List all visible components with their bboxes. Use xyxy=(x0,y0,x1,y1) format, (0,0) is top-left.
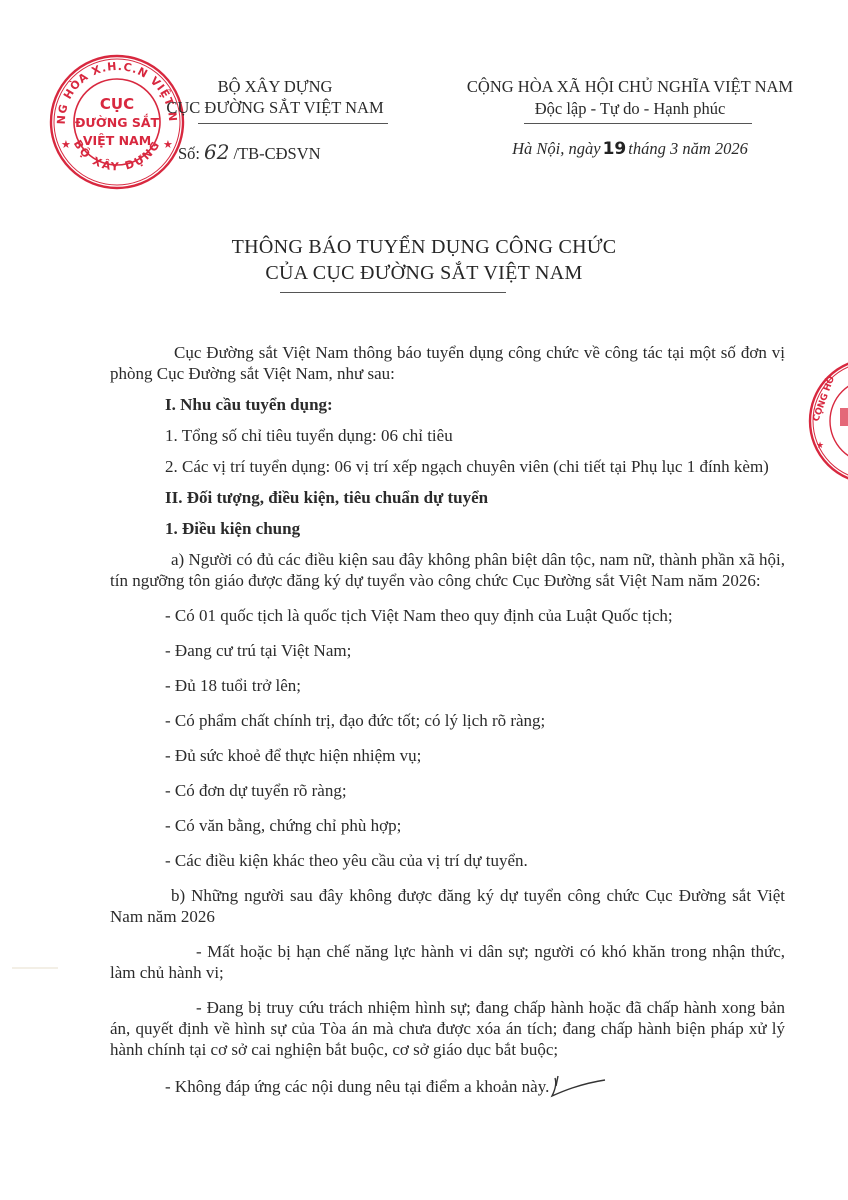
title-line-1: THÔNG BÁO TUYỂN DỤNG CÔNG CHỨC xyxy=(150,234,698,260)
section-1-item: 1. Tổng số chỉ tiêu tuyển dụng: 06 chỉ t… xyxy=(165,425,785,446)
title-underline xyxy=(280,292,506,293)
ministry-name: BỘ XÂY DỰNG xyxy=(150,76,400,97)
svg-text:CỤC: CỤC xyxy=(100,95,134,113)
point-b-paragraph: b) Những người sau đây không được đăng k… xyxy=(110,885,785,927)
svg-text:VIỆT NAM: VIỆT NAM xyxy=(83,133,151,148)
issuing-agency-block: BỘ XÂY DỰNG CỤC ĐƯỜNG SẮT VIỆT NAM xyxy=(150,76,400,118)
document-number: Số:62/TB-CĐSVN xyxy=(178,140,321,164)
exclusion-item: - Đang bị truy cứu trách nhiệm hình sự; … xyxy=(110,997,785,1060)
date-suffix: tháng 3 năm 2026 xyxy=(628,139,748,158)
official-seal-stamp: CỘNG HÒA X.H.C.N VIỆT NAM BỘ XÂY DỰNG ★ … xyxy=(47,52,187,192)
national-header-block: CỘNG HÒA XÃ HỘI CHỦ NGHĨA VIỆT NAM Độc l… xyxy=(420,76,840,120)
point-a-paragraph: a) Người có đủ các điều kiện sau đây khô… xyxy=(110,549,785,591)
document-title: THÔNG BÁO TUYỂN DỤNG CÔNG CHỨC CỦA CỤC Đ… xyxy=(150,234,698,286)
agency-underline xyxy=(198,123,388,124)
condition-item: - Có phẩm chất chính trị, đạo đức tốt; c… xyxy=(165,710,785,731)
condition-item: - Có văn bằng, chứng chỉ phù hợp; xyxy=(165,815,785,836)
agency-name: CỤC ĐƯỜNG SẮT VIỆT NAM xyxy=(150,97,400,118)
motto-underline xyxy=(524,123,752,124)
condition-item: - Có 01 quốc tịch là quốc tịch Việt Nam … xyxy=(165,605,785,626)
date-prefix: Hà Nội, ngày xyxy=(512,139,600,158)
doc-number-prefix: Số: xyxy=(178,144,200,163)
section-1-item: 2. Các vị trí tuyển dụng: 06 vị trí xếp … xyxy=(110,456,785,477)
condition-item: - Có đơn dự tuyển rõ ràng; xyxy=(165,780,785,801)
national-motto: Độc lập - Tự do - Hạnh phúc xyxy=(420,98,840,120)
condition-item: - Đủ sức khoẻ để thực hiện nhiệm vụ; xyxy=(165,745,785,766)
section-2-heading: II. Đối tượng, điều kiện, tiêu chuẩn dự … xyxy=(165,487,785,508)
condition-item: - Các điều kiện khác theo yêu cầu của vị… xyxy=(165,850,785,871)
condition-item: - Đủ 18 tuổi trở lên; xyxy=(165,675,785,696)
date-day-handwritten: 19 xyxy=(603,139,627,159)
condition-item: - Đang cư trú tại Việt Nam; xyxy=(165,640,785,661)
country-name: CỘNG HÒA XÃ HỘI CHỦ NGHĨA VIỆT NAM xyxy=(420,76,840,98)
exclusion-item: - Không đáp ứng các nội dung nêu tại điể… xyxy=(165,1077,549,1096)
svg-text:★: ★ xyxy=(816,440,824,450)
exclusion-item-last: - Không đáp ứng các nội dung nêu tại điể… xyxy=(165,1074,785,1100)
svg-text:★: ★ xyxy=(163,139,173,151)
intro-paragraph: Cục Đường sắt Việt Nam thông báo tuyển d… xyxy=(110,342,785,384)
svg-text:★: ★ xyxy=(61,139,71,151)
svg-text:ĐƯỜNG SẮT: ĐƯỜNG SẮT xyxy=(75,114,160,130)
partial-seal-stamp-right: CỘNG HÒ ★ xyxy=(806,356,848,486)
section-1-heading: I. Nhu cầu tuyển dụng: xyxy=(165,394,785,415)
doc-number-suffix: /TB-CĐSVN xyxy=(233,144,320,163)
title-line-2: CỦA CỤC ĐƯỜNG SẮT VIỆT NAM xyxy=(150,260,698,286)
exclusion-item: - Mất hoặc bị hạn chế năng lực hành vi d… xyxy=(110,941,785,983)
initials-signature-icon xyxy=(549,1074,609,1100)
doc-number-handwritten: 62 xyxy=(204,140,229,164)
document-body: Cục Đường sắt Việt Nam thông báo tuyển d… xyxy=(165,342,785,1100)
scan-artifact-line xyxy=(12,967,58,969)
date-line: Hà Nội, ngày19tháng 3 năm 2026 xyxy=(420,139,840,159)
subsection-1-heading: 1. Điều kiện chung xyxy=(165,518,785,539)
